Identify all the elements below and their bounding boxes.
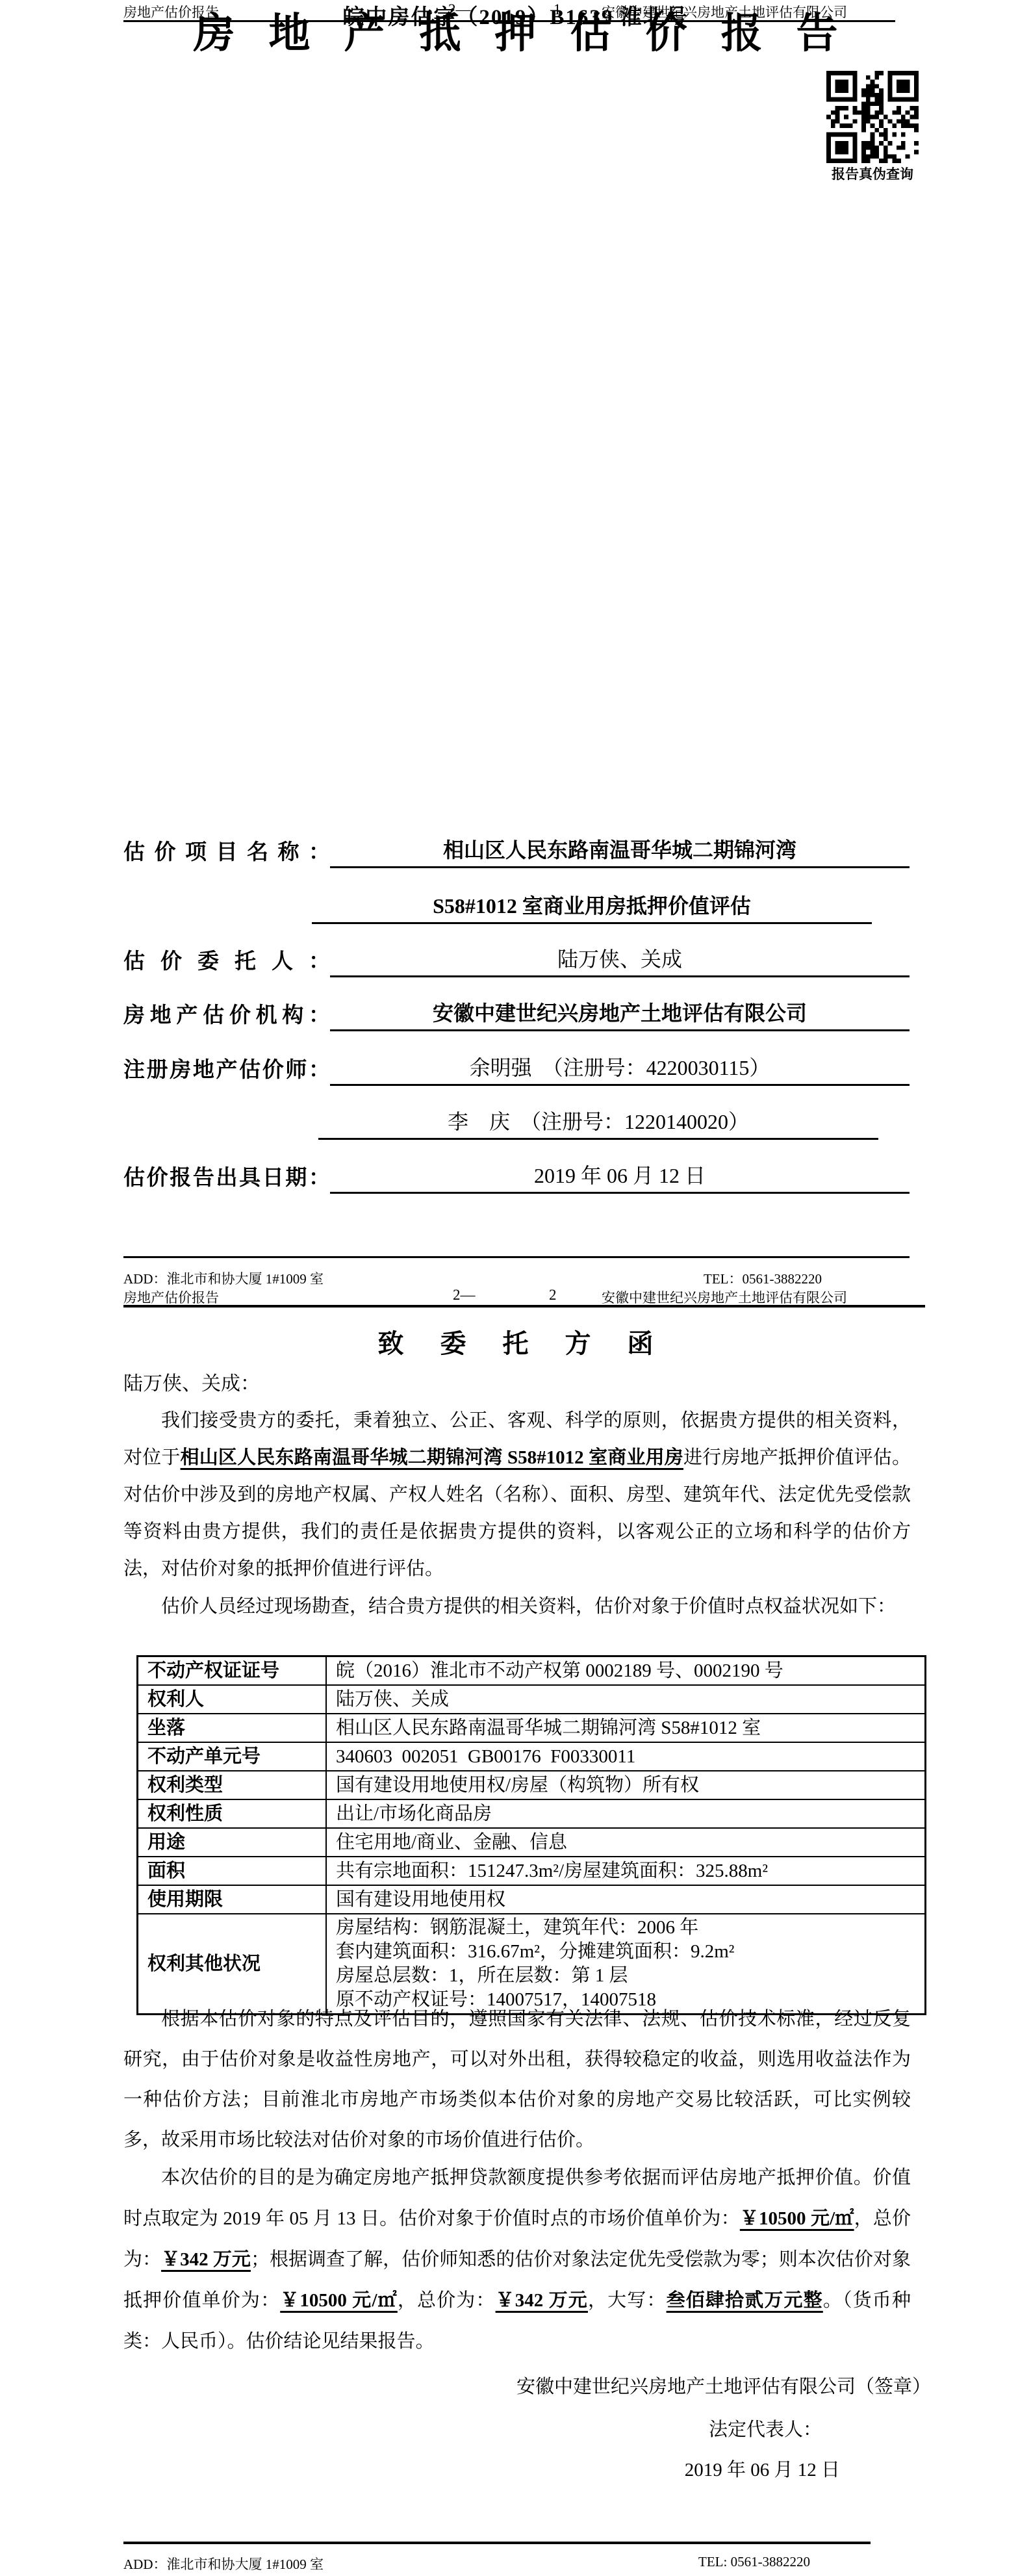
signoff-legal-rep: 法定代表人：: [123, 2415, 931, 2441]
signoff-company: 安徽中建世纪兴房地产土地评估有限公司（签章）: [123, 2372, 931, 2399]
client-label: 估价委托人：: [123, 944, 330, 977]
deed-row-value: 相山区人民东路南温哥华城二期锦河湾 S58#1012 室: [326, 1714, 926, 1742]
letter-title: 致委托方函: [0, 1323, 1031, 1360]
project-label: 估价项目名称：: [123, 835, 330, 868]
deed-row-value: 陆万侠、关成: [326, 1685, 926, 1714]
deed-table-row: 面积共有宗地面积：151247.3m²/房屋建筑面积：325.88m²: [138, 1857, 926, 1885]
agency-label: 房地产估价机构：: [123, 998, 330, 1031]
letter-paragraph-1: 我们接受贵方的委托，秉着独立、公正、客观、科学的原则，依据贵方提供的相关资料，对…: [123, 1402, 911, 1588]
page2-header-page-number: 2: [549, 1287, 557, 1304]
deed-row-label: 使用期限: [138, 1885, 327, 1914]
qr-caption: 报告真伪查询: [811, 164, 934, 183]
issue-date-value: 2019 年 06 月 12 日: [330, 1159, 910, 1194]
report-number: 皖中房估字（2019）B1639 淮北号: [0, 0, 1031, 31]
appraiser2-value: 李 庆 （注册号：1220140020）: [318, 1105, 878, 1140]
letter-greeting: 陆万侠、关成：: [123, 1367, 260, 1396]
deed-table-row: 权利性质出让/市场化商品房: [138, 1799, 926, 1828]
report-document: 房地产估价报告 2— 1 安徽中建世纪兴房地产土地评估有限公司 报告真伪查询 房…: [0, 0, 1031, 2576]
deed-row-label: 不动产权证证号: [138, 1656, 327, 1686]
form-row-appraiser2: 李 庆 （注册号：1220140020）: [123, 1105, 910, 1140]
appraiser1-value: 余明强 （注册号：4220030115）: [330, 1051, 910, 1086]
agency-value: 安徽中建世纪兴房地产土地评估有限公司: [330, 997, 910, 1031]
deed-table-row: 不动产单元号340603 002051 GB00176 F00330011: [138, 1742, 926, 1771]
deed-row-label: 用途: [138, 1828, 327, 1857]
deed-row-value: 住宅用地/商业、金融、信息: [326, 1828, 926, 1857]
form-row-project-line2: S58#1012 室商业用房抵押价值评估: [123, 889, 910, 924]
page2-header-rule: [123, 1305, 925, 1307]
text-run: ，大写：: [588, 2290, 667, 2311]
page2-header-company: 安徽中建世纪兴房地产土地评估有限公司: [602, 1287, 847, 1307]
deed-row-value-line: 套内建筑面积：316.67m²，分摊建筑面积：9.2m²: [336, 1940, 915, 1964]
deed-table-row: 权利人陆万侠、关成: [138, 1685, 926, 1714]
qr-code: [826, 71, 919, 163]
client-value: 陆万侠、关成: [330, 943, 910, 977]
deed-row-label: 不动产单元号: [138, 1742, 327, 1771]
deed-table-row: 不动产权证证号皖（2016）淮北市不动产权第 0002189 号、0002190…: [138, 1656, 926, 1686]
page2-header-doc-type: 房地产估价报告: [123, 1287, 219, 1307]
deed-info-table-body: 不动产权证证号皖（2016）淮北市不动产权第 0002189 号、0002190…: [138, 1656, 926, 2015]
text-run: ￥342 万元: [496, 2290, 588, 2311]
letter-paragraph-3: 根据本估价对象的特点及评估目的，遵照国家有关法律、法规、估价技术标准，经过反复研…: [123, 1999, 911, 2160]
text-run: ，总价为：: [398, 2290, 496, 2311]
deed-row-value: 出让/市场化商品房: [326, 1799, 926, 1828]
deed-row-value: 共有宗地面积：151247.3m²/房屋建筑面积：325.88m²: [326, 1857, 926, 1885]
deed-row-label: 权利人: [138, 1685, 327, 1714]
page1-footer-rule: [123, 1256, 910, 1258]
deed-row-label: 面积: [138, 1857, 327, 1885]
appraiser-label: 注册房地产估价师：: [123, 1053, 330, 1086]
deed-row-value-line: 房屋结构：钢筋混凝土，建筑年代：2006 年: [336, 1916, 915, 1940]
deed-row-value: 340603 002051 GB00176 F00330011: [326, 1742, 926, 1771]
text-run: ￥10500 元/㎡: [280, 2290, 398, 2311]
deed-row-value: 国有建设用地使用权: [326, 1885, 926, 1914]
form-row-agency: 房地产估价机构： 安徽中建世纪兴房地产土地评估有限公司: [123, 996, 910, 1031]
form-row-issue-date: 估价报告出具日期： 2019 年 06 月 12 日: [123, 1159, 910, 1194]
deed-table-row: 坐落相山区人民东路南温哥华城二期锦河湾 S58#1012 室: [138, 1714, 926, 1742]
deed-table-row: 用途住宅用地/商业、金融、信息: [138, 1828, 926, 1857]
deed-row-label: 坐落: [138, 1714, 327, 1742]
form-row-client: 估价委托人： 陆万侠、关成: [123, 942, 910, 977]
text-run: ￥342 万元: [161, 2249, 251, 2270]
project-value-line1: 相山区人民东路南温哥华城二期锦河湾: [330, 834, 910, 868]
signoff-date: 2019 年 06 月 12 日: [123, 2455, 931, 2482]
text-run: ￥10500 元/㎡: [740, 2208, 854, 2229]
deed-table-row: 权利类型国有建设用地使用权/房屋（构筑物）所有权: [138, 1771, 926, 1799]
letter-paragraph-4: 本次估价的目的是为确定房地产抵押贷款额度提供参考依据而评估房地产抵押价值。价值时…: [123, 2157, 911, 2362]
page2-footer-tel: TEL: 0561-3882220: [698, 2554, 810, 2570]
issue-date-label: 估价报告出具日期：: [123, 1161, 330, 1194]
text-run: 叁佰肆拾贰万元整: [667, 2290, 823, 2311]
page2-header-page-code: 2—: [453, 1287, 476, 1304]
page1-footer-tel: TEL：0561-3882220: [704, 1269, 822, 1288]
letter-paragraph-2: 估价人员经过现场勘查，结合贵方提供的相关资料，估价对象于价值时点权益状况如下：: [123, 1588, 911, 1625]
text-run: 相山区人民东路南温哥华城二期锦河湾 S58#1012 室商业用房: [181, 1447, 683, 1468]
page2-footer-rule: [123, 2542, 871, 2544]
deed-table-row: 使用期限国有建设用地使用权: [138, 1885, 926, 1914]
deed-info-table: 不动产权证证号皖（2016）淮北市不动产权第 0002189 号、0002190…: [136, 1655, 926, 2015]
deed-row-value: 皖（2016）淮北市不动产权第 0002189 号、0002190 号: [326, 1656, 926, 1686]
form-row-appraiser1: 注册房地产估价师： 余明强 （注册号：4220030115）: [123, 1051, 910, 1086]
deed-row-label: 权利类型: [138, 1771, 327, 1799]
deed-row-value: 国有建设用地使用权/房屋（构筑物）所有权: [326, 1771, 926, 1799]
form-row-project: 估价项目名称： 相山区人民东路南温哥华城二期锦河湾: [123, 833, 910, 868]
page2-footer-address: ADD：淮北市和协大厦 1#1009 室: [123, 2554, 324, 2573]
project-value-line2: S58#1012 室商业用房抵押价值评估: [312, 890, 872, 924]
page1-footer-address: ADD：淮北市和协大厦 1#1009 室: [123, 1269, 324, 1288]
deed-row-label: 权利性质: [138, 1799, 327, 1828]
deed-row-value-line: 房屋总层数：1，所在层数：第 1 层: [336, 1964, 915, 1988]
